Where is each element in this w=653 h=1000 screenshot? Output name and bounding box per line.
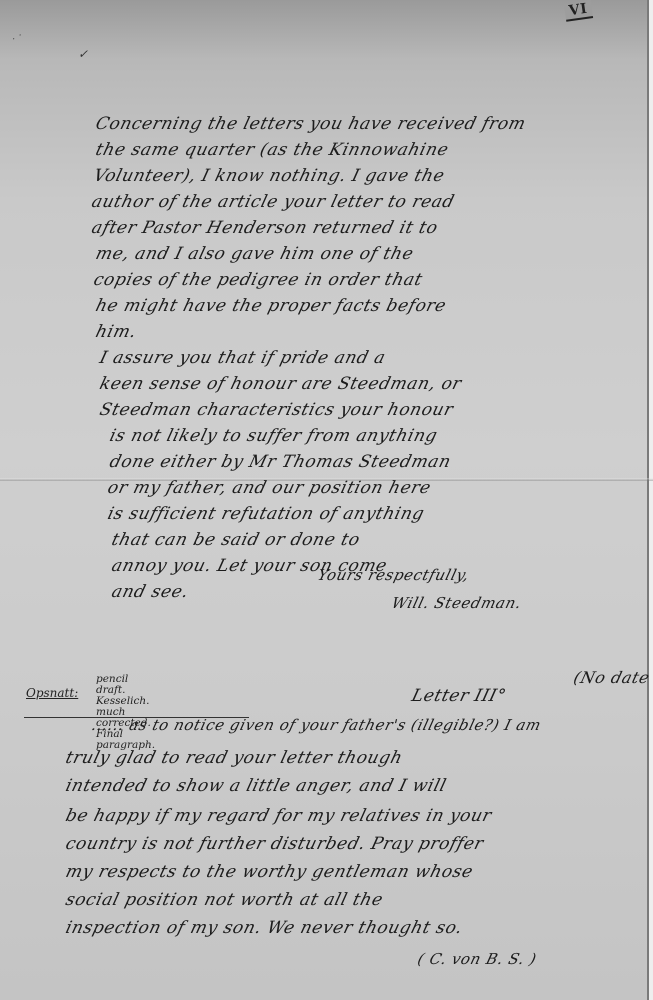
letter-1-line: I assure you that if pride and a [98,348,388,368]
letter-2-line: ...... as to notice given of your father… [90,716,543,734]
letter-1-line: is sufficient refutation of anything [106,504,427,524]
letter-2-line: country is not further disturbed. Pray p… [64,834,486,854]
letter-2-line: inspection of my son. We never thought s… [64,918,465,938]
letter-1-line: that can be said or done to [110,530,363,550]
letter-2-line: social position not worth at all the [64,890,386,910]
annotation-text: pencil draft. Kesselich. much corrected.… [96,674,155,751]
check-mark: ✓ [78,47,89,61]
letter-1-line: Concerning the letters you have received… [94,114,529,134]
letter-2-reference: Letter III° [410,686,509,706]
letter-1-line: Volunteer), I know nothing. I gave the [92,166,447,186]
letter-1-line: him. [94,322,139,342]
letter-1-line: and see. [110,582,191,602]
page-number: VI [564,0,593,22]
letter-1-signature: Will. Steedman. [390,594,524,612]
page-edge [649,0,653,1000]
letter-1-line: after Pastor Henderson returned it to [90,218,441,238]
annotation-label: Opsnatt: [26,686,78,700]
letter-1-line: copies of the pedigree in order that [92,270,425,290]
stray-marks: · · [10,30,25,45]
letter-1-line: Steedman characteristics your honour [98,400,456,420]
letter-1-line: me, and I also gave him one of the [94,244,416,264]
letter-1-line: the same quarter (as the Kinnowahine [94,140,451,160]
annotation-line: pencil draft. Kesselich. [96,674,155,707]
letter-1-closing: Yours respectfully, [316,566,472,584]
letter-2-line: truly glad to read your letter though [64,748,405,768]
letter-2-date-note: (No date [572,668,652,687]
letter-1-line: or my father, and our position here [106,478,434,498]
letter-2-signature: ( C. von B. S. ) [416,950,539,968]
letter-1-line: done either by Mr Thomas Steedman [108,452,454,472]
letter-1-line: is not likely to suffer from anything [108,426,440,446]
letter-2-line: my respects to the worthy gentleman whos… [64,862,476,882]
letter-1-line: keen sense of honour are Steedman, or [98,374,464,394]
letter-2-line: intended to show a little anger, and I w… [64,776,449,796]
letter-1-line: he might have the proper facts before [94,296,449,316]
letter-2-line: be happy if my regard for my relatives i… [64,806,494,826]
letter-1-line: author of the article your letter to rea… [90,192,457,212]
